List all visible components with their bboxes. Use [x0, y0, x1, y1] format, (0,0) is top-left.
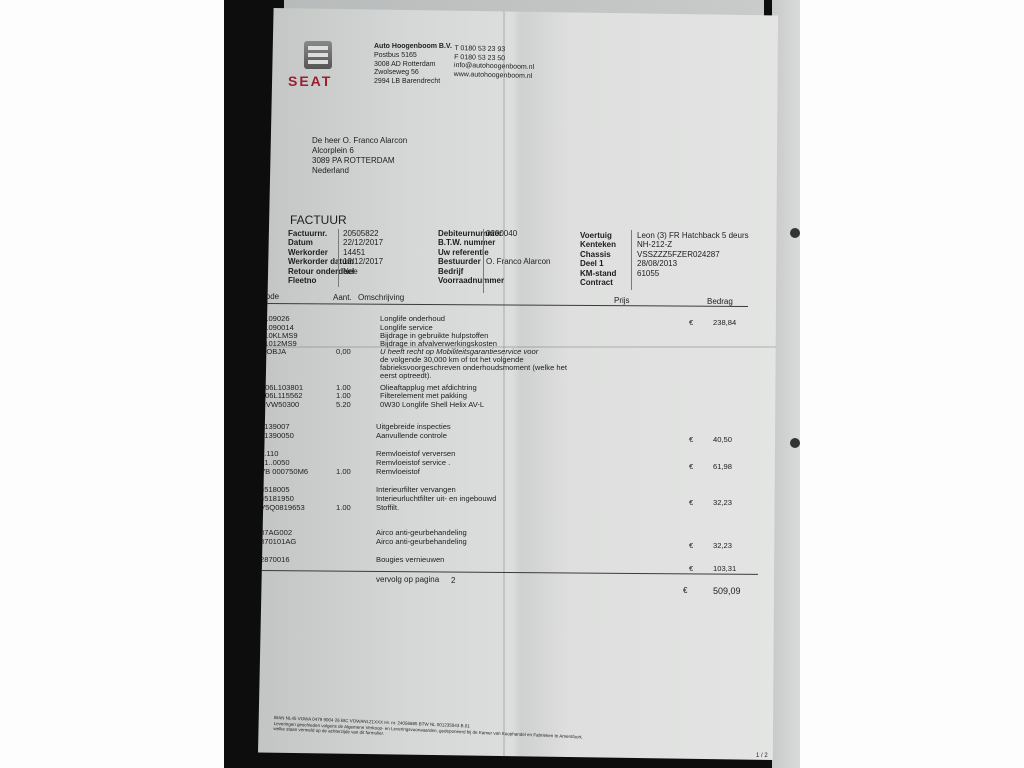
line-item-code: 87AG002 [260, 528, 292, 537]
line-item-amount: 103,31 [713, 564, 736, 573]
continued-label: vervolg op pagina [376, 575, 439, 584]
line-item-desc: Interieurfilter vervangen [376, 485, 456, 494]
line-item-currency: € [689, 498, 693, 507]
line-items: 0109026Longlife onderhoud€238,8401090014… [258, 8, 778, 608]
continued-page: 2 [451, 576, 455, 585]
line-item-desc: Bougies vernieuwen [376, 555, 444, 564]
line-item-code: V5Q0819653 [260, 503, 305, 512]
line-item-code: 0139007 [260, 422, 290, 431]
total-currency: € [683, 586, 687, 595]
punch-hole [790, 438, 800, 448]
line-item-currency: € [689, 318, 693, 327]
line-item-currency: € [689, 462, 693, 471]
line-item-desc: Longlife onderhoud [380, 314, 445, 323]
line-item-currency: € [689, 564, 693, 573]
line-item-code: 01390050 [260, 431, 294, 440]
line-item-code: V06L115562 [260, 391, 303, 400]
line-item-code: 870101AG [260, 537, 296, 546]
line-item-code: 8518005 [260, 485, 290, 494]
line-item-desc: 0W30 Longlife Shell Helix AV-L [380, 400, 484, 409]
line-item-desc: Remvloeistof [376, 467, 420, 476]
line-item-currency: € [689, 435, 693, 444]
line-item-desc: Stoffilt. [376, 503, 399, 512]
punch-hole [790, 228, 800, 238]
invoice-page: SEAT Auto Hoogenboom B.V. Postbus 5165 3… [258, 8, 778, 760]
line-item-qty: 5.20 [336, 400, 351, 409]
line-item-code: MOBJA [260, 347, 286, 356]
line-item-code: OVW50300 [260, 400, 299, 409]
invoice-total: 509,09 [713, 586, 741, 596]
invoice-photo: SEAT Auto Hoogenboom B.V. Postbus 5165 3… [224, 0, 800, 768]
line-item-amount: 32,23 [713, 541, 732, 550]
line-item-code: VB 000750M6 [260, 467, 308, 476]
line-item-amount: 61,98 [713, 462, 732, 471]
line-item-desc: Filterelement met pakking [380, 391, 467, 400]
line-item-desc: Airco anti-geurbehandeling [376, 537, 467, 546]
line-item-desc: Interieurluchtfilter uit- en ingebouwd [376, 494, 496, 503]
line-item-amount: 32,23 [713, 498, 732, 507]
line-item-qty: 1.00 [336, 391, 351, 400]
line-item-desc: Uitgebreide inspecties [376, 422, 451, 431]
line-item-currency: € [689, 541, 693, 550]
line-item-desc: Remvloeistof service . [376, 458, 450, 467]
page-number: 1 / 2 [756, 753, 768, 759]
line-item-amount: 40,50 [713, 435, 732, 444]
line-item-code: 2870016 [260, 555, 290, 564]
line-item-qty: 1.00 [336, 467, 351, 476]
line-item-code: 85181950 [260, 494, 294, 503]
line-item-code: ...110 [260, 449, 278, 458]
line-item-amount: 238,84 [713, 318, 736, 327]
line-item-code: 01..0050 [260, 458, 290, 467]
line-item-qty: 1.00 [336, 503, 351, 512]
line-item-desc: Remvloeistof verversen [376, 449, 455, 458]
line-item-desc: Airco anti-geurbehandeling [376, 528, 467, 537]
line-item-desc: eerst optreedt). [380, 371, 432, 380]
line-item-qty: 0,00 [336, 347, 351, 356]
legal-footer: IBAN NL45 VOWA 0479 9004 26 BIC VOWANL21… [273, 715, 583, 745]
line-item-code: 0109026 [260, 314, 290, 323]
line-item-desc: Aanvullende controle [376, 431, 447, 440]
